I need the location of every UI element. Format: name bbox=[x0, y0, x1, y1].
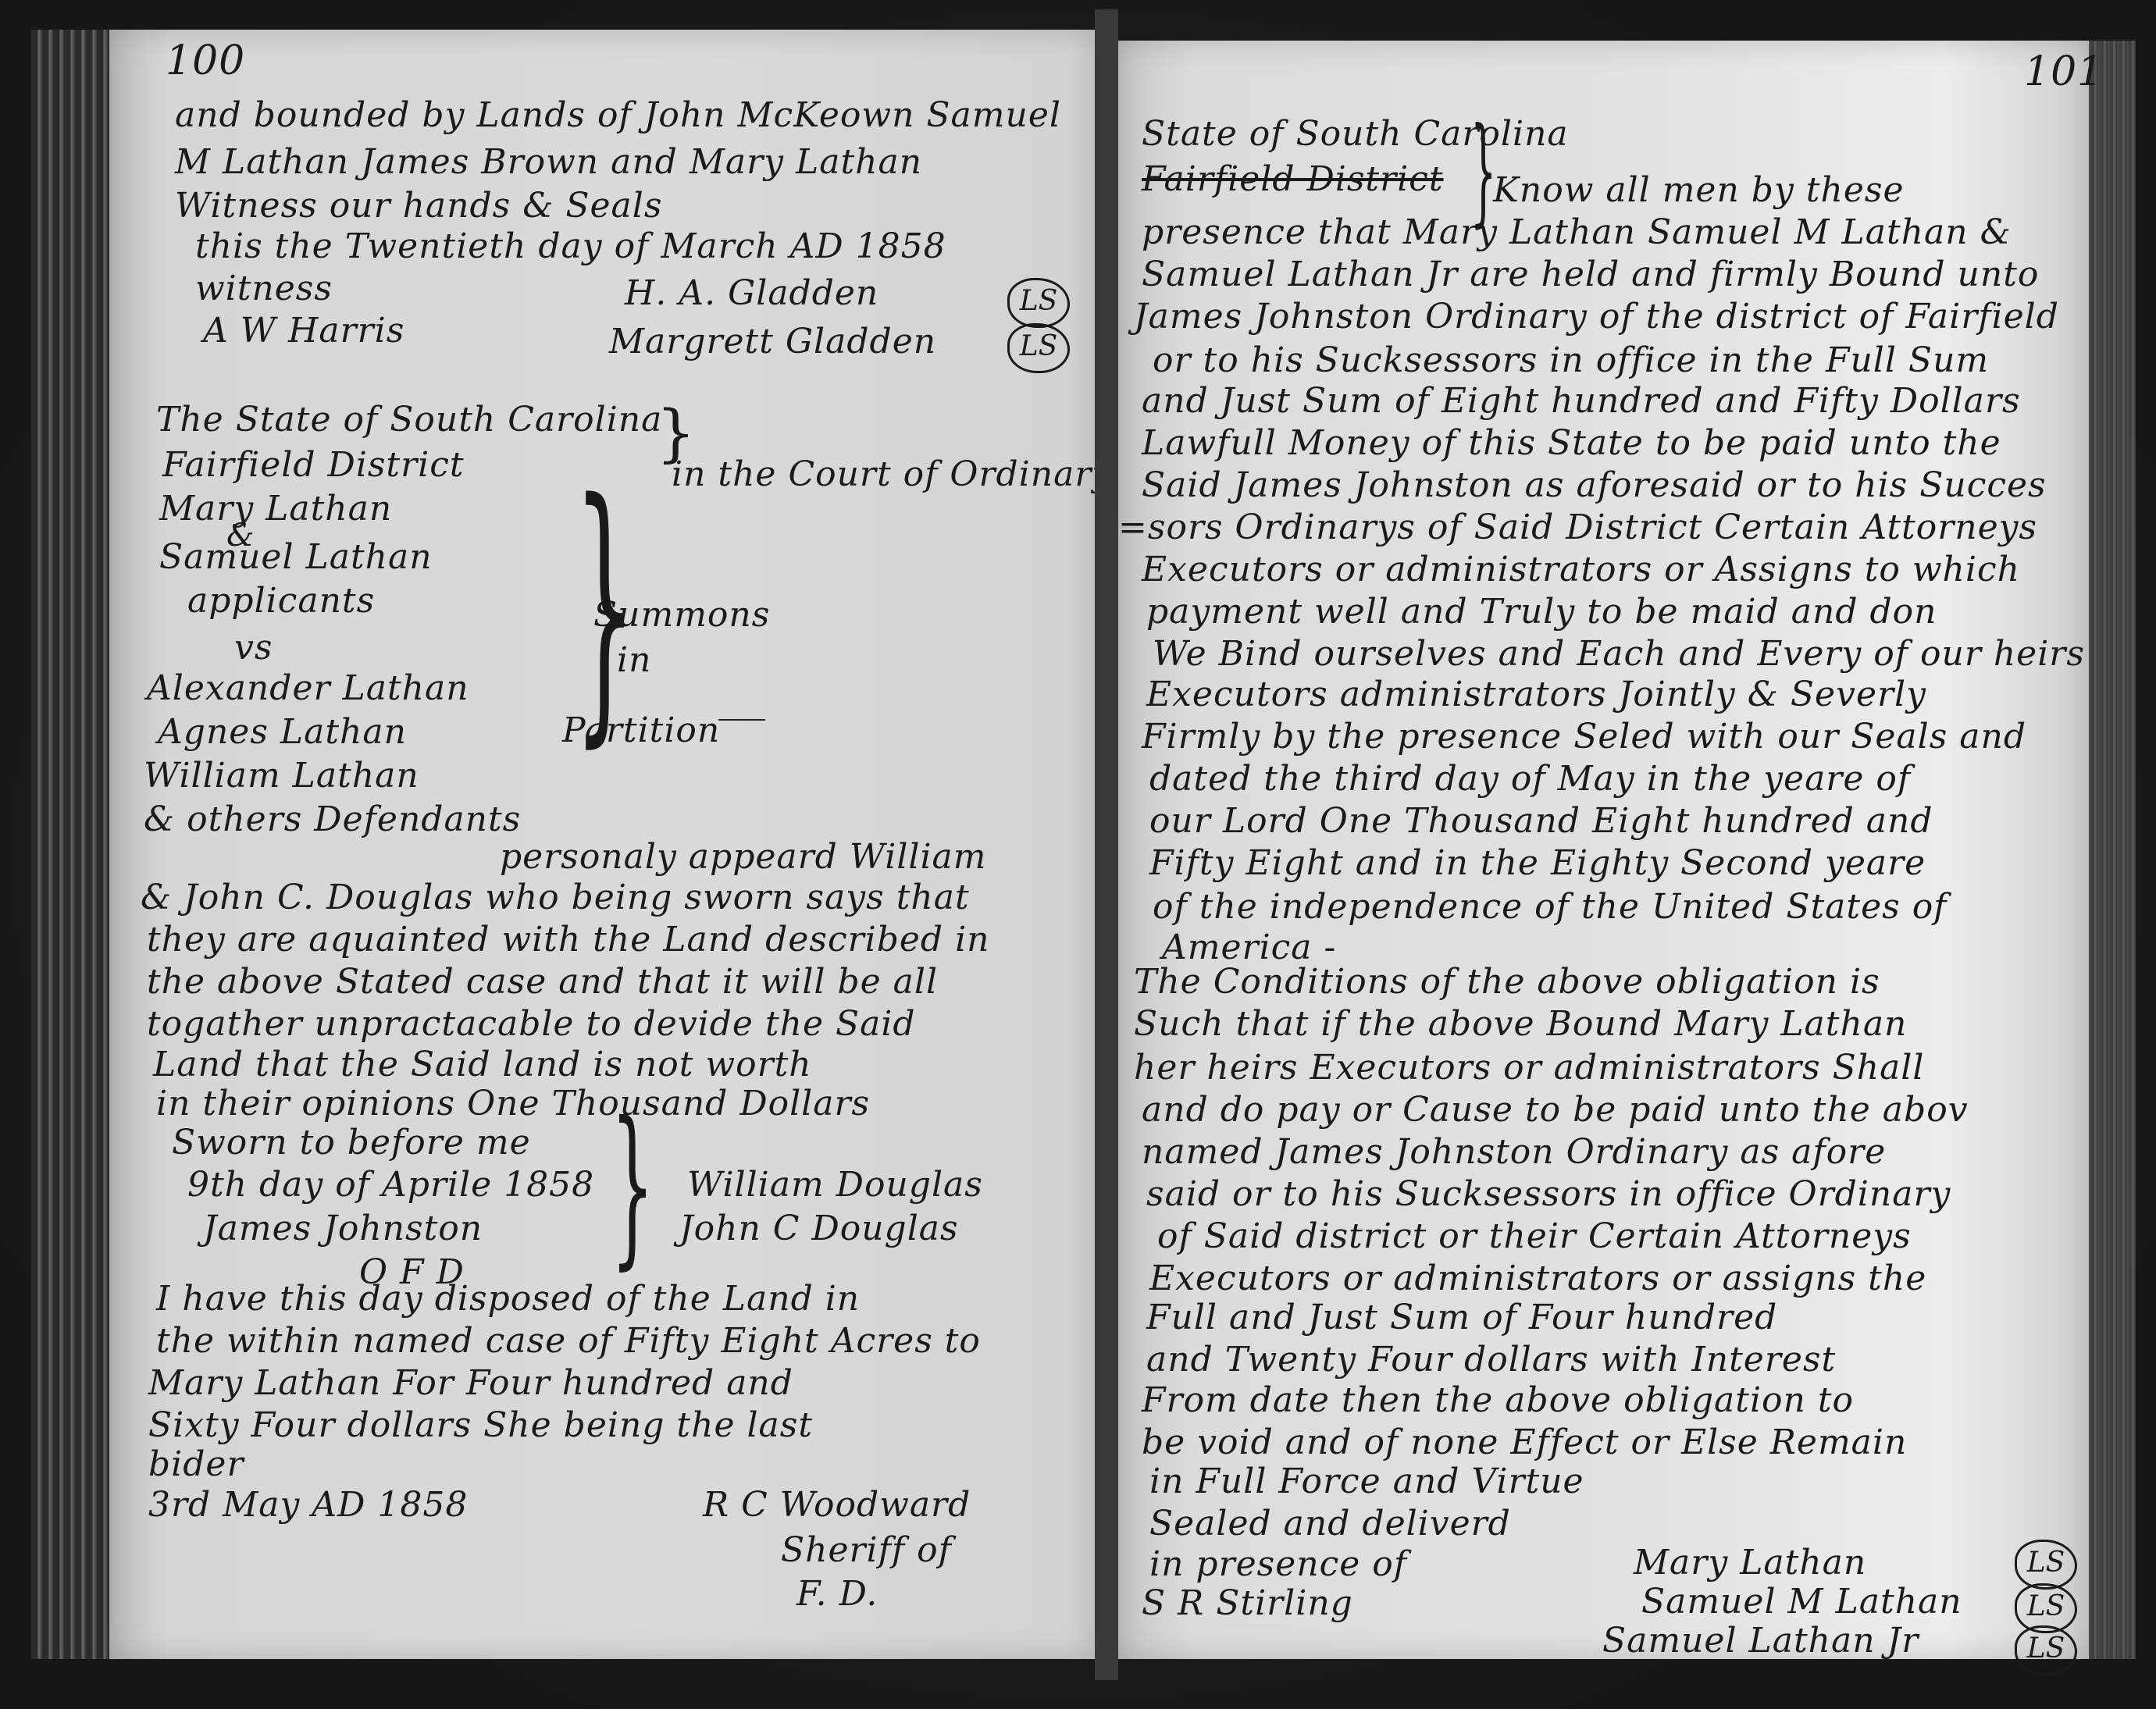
condition-line: in Full Force and Virtue bbox=[1149, 1458, 1584, 1505]
bond-heading: State of South Carolina bbox=[1142, 111, 1569, 158]
condition-line: of Said district or their Certain Attorn… bbox=[1157, 1213, 1912, 1260]
bond-line: or to his Sucksessors in office in the F… bbox=[1153, 337, 1989, 384]
case-type: Summons bbox=[593, 592, 770, 639]
affidavit-line: they are aquainted with the Land describ… bbox=[147, 917, 989, 963]
sworn-line: Sworn to before me bbox=[172, 1120, 531, 1166]
divider bbox=[718, 719, 765, 721]
bond-line: We Bind ourselves and Each and Every of … bbox=[1153, 631, 2085, 678]
bond-line: Executors or administrators or Assigns t… bbox=[1142, 547, 2020, 593]
defendant: Alexander Lathan bbox=[147, 665, 469, 712]
bond-line: Lawfull Money of this State to be paid u… bbox=[1142, 420, 2001, 467]
page-number: 100 bbox=[166, 37, 245, 84]
seal-ls: LS bbox=[1007, 278, 1070, 328]
witness-label: witness bbox=[195, 265, 333, 312]
bond-line: Samuel Lathan Jr are held and firmly Bou… bbox=[1142, 251, 2039, 298]
deed-line: Witness our hands & Seals bbox=[175, 183, 662, 230]
bond-line: Said James Johnston as aforesaid or to h… bbox=[1142, 462, 2047, 509]
return-date: 3rd May AD 1858 bbox=[148, 1482, 468, 1529]
sheriff-signature: R C Woodward bbox=[703, 1482, 971, 1529]
sheriff-title: Sheriff of bbox=[781, 1527, 952, 1574]
bond-line: Fifty Eight and in the Eighty Second yea… bbox=[1149, 840, 1926, 887]
bond-line: =sors Ordinarys of Said District Certain… bbox=[1118, 504, 2037, 551]
applicants-label: applicants bbox=[187, 578, 375, 625]
bond-district: Fairfield District bbox=[1142, 156, 1444, 203]
condition-line: said or to his Sucksessors in office Ord… bbox=[1146, 1171, 1951, 1218]
affidavit-line: personaly appeard William bbox=[500, 834, 987, 881]
return-line: I have this day disposed of the Land in bbox=[156, 1276, 860, 1323]
deed-line: M Lathan James Brown and Mary Lathan bbox=[175, 139, 922, 186]
witness-name: S R Stirling bbox=[1142, 1580, 1353, 1627]
defendants-label: & others Defendants bbox=[144, 796, 521, 843]
left-page: 100 and bounded by Lands of John McKeown… bbox=[109, 30, 1095, 1659]
return-line: Mary Lathan For Four hundred and bbox=[148, 1360, 793, 1407]
signature: William Douglas bbox=[687, 1162, 983, 1209]
case-type: Partition bbox=[562, 707, 720, 754]
sworn-line: James Johnston bbox=[203, 1205, 483, 1252]
affidavit-line: the above Stated case and that it will b… bbox=[147, 959, 938, 1006]
bond-line: our Lord One Thousand Eight hundred and bbox=[1149, 798, 1933, 845]
signature: John C Douglas bbox=[679, 1205, 959, 1252]
page-number: 101 bbox=[2024, 48, 2104, 95]
signatory: Margrett Gladden bbox=[609, 319, 936, 365]
condition-line: and do pay or Cause to be paid unto the … bbox=[1142, 1087, 1969, 1134]
condition-line: From date then the above obligation to bbox=[1142, 1377, 1854, 1424]
condition-line: The Conditions of the above obligation i… bbox=[1134, 959, 1880, 1006]
attestation: Sealed and deliverd bbox=[1149, 1501, 1511, 1547]
defendant: William Lathan bbox=[144, 753, 419, 799]
book-gutter bbox=[1095, 9, 1118, 1680]
witness-name: A W Harris bbox=[203, 308, 404, 354]
affidavit-line: togather unpractacable to devide the Sai… bbox=[147, 1001, 916, 1048]
signatory: H. A. Gladden bbox=[625, 270, 878, 317]
bond-line: Firmly by the presence Seled with our Se… bbox=[1142, 714, 2026, 760]
applicant: Mary Lathan bbox=[159, 486, 392, 532]
condition-line: Full and Just Sum of Four hundred bbox=[1146, 1294, 1777, 1341]
brace-icon: } bbox=[611, 1099, 654, 1271]
deed-line: and bounded by Lands of John McKeown Sam… bbox=[175, 92, 1061, 139]
seal-ls: LS bbox=[2015, 1540, 2077, 1590]
case-type: in bbox=[617, 637, 651, 684]
return-line: Sixty Four dollars She being the last bbox=[148, 1402, 813, 1449]
bond-line: dated the third day of May in the yeare … bbox=[1149, 756, 1911, 803]
bond-line: Know all men by these bbox=[1493, 167, 1904, 214]
condition-line: Such that if the above Bound Mary Lathan bbox=[1134, 1001, 1907, 1048]
summons-heading: The State of South Carolina bbox=[156, 397, 662, 443]
applicant: Samuel Lathan bbox=[159, 534, 433, 581]
signature: Samuel Lathan Jr bbox=[1602, 1618, 1919, 1664]
summons-district: Fairfield District bbox=[162, 442, 465, 489]
affidavit-line: & John C. Douglas who being sworn says t… bbox=[141, 874, 970, 921]
sworn-line: 9th day of Aprile 1858 bbox=[187, 1162, 594, 1209]
condition-line: named James Johnston Ordinary as afore bbox=[1142, 1129, 1886, 1176]
right-page-edges bbox=[2089, 41, 2136, 1659]
defendant: Agnes Lathan bbox=[158, 709, 407, 756]
seal-ls: LS bbox=[2015, 1625, 2077, 1675]
bond-line: of the independence of the United States… bbox=[1153, 884, 1947, 931]
condition-line: and Twenty Four dollars with Interest bbox=[1146, 1337, 1836, 1383]
condition-line: her heirs Executors or administrators Sh… bbox=[1134, 1045, 1924, 1091]
bond-line: James Johnston Ordinary of the district … bbox=[1134, 294, 2059, 340]
bond-line: presence that Mary Lathan Samuel M Latha… bbox=[1142, 209, 2012, 256]
return-line: the within named case of Fifty Eight Acr… bbox=[156, 1318, 981, 1365]
right-page: 101 State of South Carolina Fairfield Di… bbox=[1118, 41, 2089, 1659]
return-line: bider bbox=[148, 1441, 244, 1488]
bond-line: payment well and Truly to be maid and do… bbox=[1146, 589, 1937, 636]
bond-line: Executors administrators Jointly & Sever… bbox=[1146, 671, 1926, 718]
bond-line: and Just Sum of Eight hundred and Fifty … bbox=[1142, 378, 2021, 425]
court-name: in the Court of Ordinary bbox=[672, 451, 1112, 498]
seal-ls: LS bbox=[1007, 323, 1070, 373]
versus: vs bbox=[234, 625, 273, 671]
sheriff-district: F. D. bbox=[796, 1571, 878, 1618]
deed-line: this the Twentieth day of March AD 1858 bbox=[195, 223, 946, 270]
left-page-edges bbox=[31, 30, 109, 1659]
